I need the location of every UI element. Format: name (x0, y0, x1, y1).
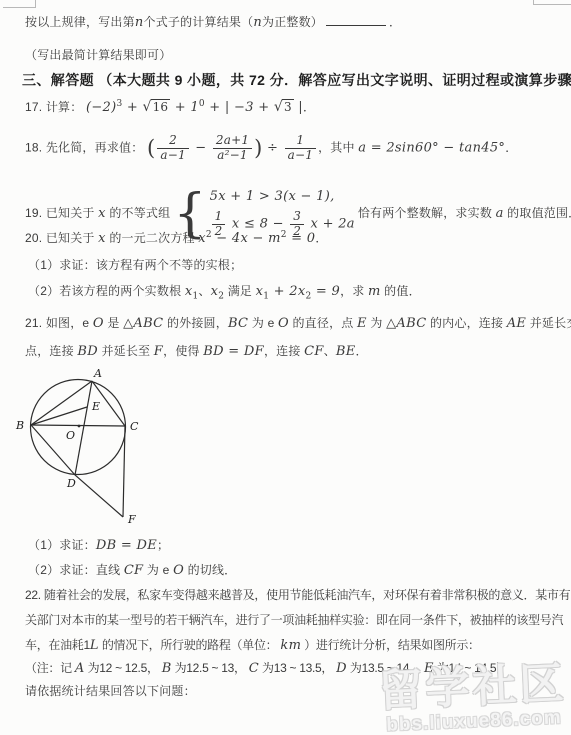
problem-21-part1: （1）求证：DB = DE； (28, 538, 169, 554)
text-segment: O (173, 563, 184, 578)
text-segment: a−1 (157, 149, 188, 163)
text-segment: − 4x − m (212, 231, 281, 246)
text-segment: 5x + 1 > 3(x − 1), (210, 189, 335, 204)
line-regularity: 按以上规律，写出第n个式子的计算结果（n为正整数）． (25, 12, 401, 31)
text-segment: 21. 如图，e (25, 316, 93, 330)
sqrt-radical: √3 (274, 100, 294, 114)
text-segment: 3 (282, 99, 294, 114)
problem-21-part2: （2）求证：直线 CF 为 e O 的切线． (28, 563, 236, 579)
text-segment: x (98, 206, 106, 221)
segment-BDF (31, 425, 123, 517)
text-segment: 为12 ~ 12.5， (85, 661, 162, 675)
text-segment: ． (505, 140, 517, 154)
text-segment: 为 (367, 316, 386, 330)
watermark-logo: 留学社区 (378, 662, 568, 714)
text-segment: + (122, 100, 142, 115)
text-segment: 、 (324, 344, 336, 358)
text-segment: 2 (157, 134, 188, 149)
text-segment: D (336, 661, 347, 676)
text-segment: x (198, 231, 206, 246)
text-segment: DB = DE (96, 538, 157, 553)
text-segment: 是 (104, 316, 123, 330)
text-segment: 、 (198, 284, 210, 298)
text-segment: F (154, 344, 163, 359)
scan-artifact-top-right (533, 0, 571, 5)
text-segment: 5x + 1 > 3(x − 1), (210, 189, 355, 205)
text-segment: 满足 (224, 284, 255, 298)
text-segment: (−2) (86, 100, 117, 115)
section-heading: 三、解答题 （本大题共 9 小题，共 72 分．解答应写出文字说明、证明过程或演… (22, 72, 571, 90)
text-segment: O (93, 316, 104, 331)
scan-artifact-top-left (3, 0, 36, 8)
text-segment: 的内心，连接 (426, 316, 506, 330)
problem-20-part1: （1）求证：该方程有两个不等的实根； (28, 258, 242, 273)
problem-18: 18. 先化简，再求值： (2a−1 − 2a+1a²−1) ÷ 1a−1，其中… (25, 134, 517, 163)
text-segment: = 2sin60° − tan45° (366, 140, 505, 155)
math-fraction: 1a−1 (285, 134, 316, 163)
problem-21-line1: 21. 如图，e O 是 △ABC 的外接圆，BC 为 e O 的直径，点 E … (25, 316, 571, 332)
label-B: B (15, 419, 24, 432)
text-segment: 3 (290, 210, 304, 225)
text-segment: （2）若该方程的两个实数根 (28, 284, 185, 298)
text-segment: n (253, 15, 262, 30)
text-segment: | (294, 100, 303, 115)
problem-17: 17. 计算： (−2)3 + √16 + 10 + | −3 + √3 |． (25, 99, 315, 117)
text-segment: 为12.5 ~ 13， (172, 661, 249, 675)
text-segment: a (496, 206, 504, 221)
text-segment: 并延长交 e (526, 316, 571, 330)
text-segment: （1）求证：该方程有两个不等的实根； (28, 258, 242, 272)
math-fraction: 2a+1a²−1 (213, 134, 252, 163)
text-segment: ）进行统计分析，结果如图所示： (301, 638, 480, 652)
problem-22-prompt: 请依据统计结果回答以下问题： (25, 684, 196, 699)
text-segment: 个式子的计算结果（ (144, 15, 254, 29)
text-segment: 2a+1 (213, 134, 252, 149)
text-segment: − (191, 140, 211, 155)
text-segment: 为正整数） (262, 15, 323, 29)
answer-blank (326, 12, 386, 26)
text-segment: + 2x (269, 284, 305, 299)
text-segment: L (90, 638, 99, 653)
text-segment: = 9 (311, 284, 340, 299)
text-segment: 19. 已知关于 (25, 206, 98, 220)
text-segment: （1）求证： (28, 538, 96, 552)
circle-diagram: A B C D E F O (10, 365, 170, 530)
label-A: A (93, 367, 102, 380)
watermark: 留学社区 bbs.liuxue86.com (378, 662, 569, 735)
geometry-figure: A B C D E F O (10, 365, 170, 535)
text-segment: BC (228, 316, 248, 331)
text-segment: 17. 计算： (25, 100, 86, 114)
text-segment: + | −3 + (205, 100, 274, 115)
label-C: C (130, 420, 139, 433)
text-segment: m (368, 284, 381, 299)
problem-22-line1: 22. 随着社会的发展，私家车变得越来越普及，使用节能低耗油汽车，对环保有着非常… (25, 588, 570, 603)
text-segment: BD (77, 344, 98, 359)
text-segment: 1 (212, 210, 226, 225)
text-segment: ，其中 (318, 140, 358, 154)
text-segment: A (75, 661, 85, 676)
text-segment: 22. 随着社会的发展，私家车变得越来越普及，使用节能低耗油汽车，对环保有着非常… (25, 588, 570, 602)
text-segment: BE (336, 344, 356, 359)
text-segment: ÷ (263, 140, 283, 155)
problem-22-line2: 关部门对本市的某一型号的若干辆汽车，进行了一项油耗抽样实验：即在同一条件下，被抽… (25, 613, 563, 628)
text-segment: 为13 ~ 13.5， (259, 661, 336, 675)
segment-BA (31, 381, 92, 425)
problem-20: 20. 已知关于 x 的一元二次方程 x2 − 4x − m2 = 0． (25, 230, 328, 247)
text-segment: ； (157, 538, 169, 552)
text-segment: ． (389, 15, 401, 29)
text-segment: 按以上规律，写出第 (25, 15, 135, 29)
label-E: E (91, 400, 100, 413)
text-segment: （2）求证：直线 (28, 563, 124, 577)
text-segment: 的情况下，所行驶的路程（单位： (99, 638, 281, 652)
text-segment: O (278, 316, 289, 331)
text-segment: 16 (151, 99, 171, 114)
text-segment: （写出最简计算结果即可） (25, 48, 171, 62)
text-segment: a²−1 (213, 149, 252, 163)
text-segment: 并延长至 (98, 344, 154, 358)
text-segment: 关部门对本市的某一型号的若干辆汽车，进行了一项油耗抽样实验：即在同一条件下，被抽… (25, 613, 563, 627)
text-segment: 点，连接 (25, 344, 77, 358)
text-segment: 的取值范围． (504, 206, 571, 220)
text-segment: 的不等式组 (106, 206, 171, 220)
text-segment: + 1 (170, 100, 199, 115)
text-segment: 1 (285, 134, 316, 149)
text-segment: 的一元二次方程 (106, 231, 198, 245)
text-segment: ． (356, 344, 368, 358)
text-segment: BD = DF (203, 344, 264, 359)
segment-AD-through-E (75, 381, 92, 475)
center-dot (78, 425, 81, 428)
exam-page: 按以上规律，写出第n个式子的计算结果（n为正整数）． （写出最简计算结果即可） … (0, 0, 571, 735)
text-segment: ，连接 (264, 344, 304, 358)
text-segment: ( (147, 136, 155, 160)
text-segment: AE (507, 316, 526, 331)
text-segment: ． (315, 231, 327, 245)
sqrt-radical: √16 (142, 100, 170, 114)
math-fraction: 2a−1 (157, 134, 188, 163)
text-segment: 恰有两个整数解，求实数 (358, 206, 496, 220)
text-segment: （注：记 (25, 661, 75, 675)
text-segment: △ABC (386, 316, 426, 331)
segment-BE (31, 407, 87, 425)
text-segment: ) (254, 136, 262, 160)
text-segment: 的直径，点 (289, 316, 357, 330)
label-F: F (127, 513, 136, 526)
text-segment: 三、解答题 （本大题共 9 小题，共 72 分．解答应写出文字说明、证明过程或演… (22, 72, 571, 88)
text-segment: 20. 已知关于 (25, 231, 98, 245)
text-segment: C (249, 661, 259, 676)
problem-21-line2: 点，连接 BD 并延长至 F，使得 BD = DF，连接 CF、BE． (25, 344, 368, 360)
text-segment: CF (124, 563, 144, 578)
text-segment: CF (304, 344, 324, 359)
text-segment: ，使得 (163, 344, 203, 358)
text-segment: ． (303, 100, 315, 114)
text-segment: E (357, 316, 367, 331)
text-segment: 车，在油耗1 (25, 638, 90, 652)
text-segment: 的外接圆， (163, 316, 228, 330)
text-segment: 请依据统计结果回答以下问题： (25, 684, 196, 698)
line-simplest-note: （写出最简计算结果即可） (25, 48, 171, 63)
text-segment: B (162, 661, 172, 676)
text-segment: 为 e (143, 563, 173, 577)
text-segment: x (98, 231, 106, 246)
text-segment: = 0 (287, 231, 316, 246)
text-segment: a−1 (285, 149, 316, 163)
text-segment: n (135, 15, 144, 30)
label-D: D (66, 477, 76, 490)
text-segment: 18. 先化简，再求值： (25, 140, 147, 154)
problem-22-line3: 车，在油耗1L 的情况下，所行驶的路程（单位： km ）进行统计分析，结果如图所… (25, 638, 480, 654)
text-segment: 的切线． (184, 563, 236, 577)
text-segment: 为 e (248, 316, 278, 330)
text-segment: km (280, 638, 301, 653)
label-O: O (66, 429, 75, 442)
problem-20-part2: （2）若该方程的两个实数根 x1、x2 满足 x1 + 2x2 = 9，求 m … (28, 284, 421, 303)
text-segment: △ABC (123, 316, 163, 331)
text-segment: 的值． (381, 284, 421, 298)
text-segment: ，求 (340, 284, 368, 298)
